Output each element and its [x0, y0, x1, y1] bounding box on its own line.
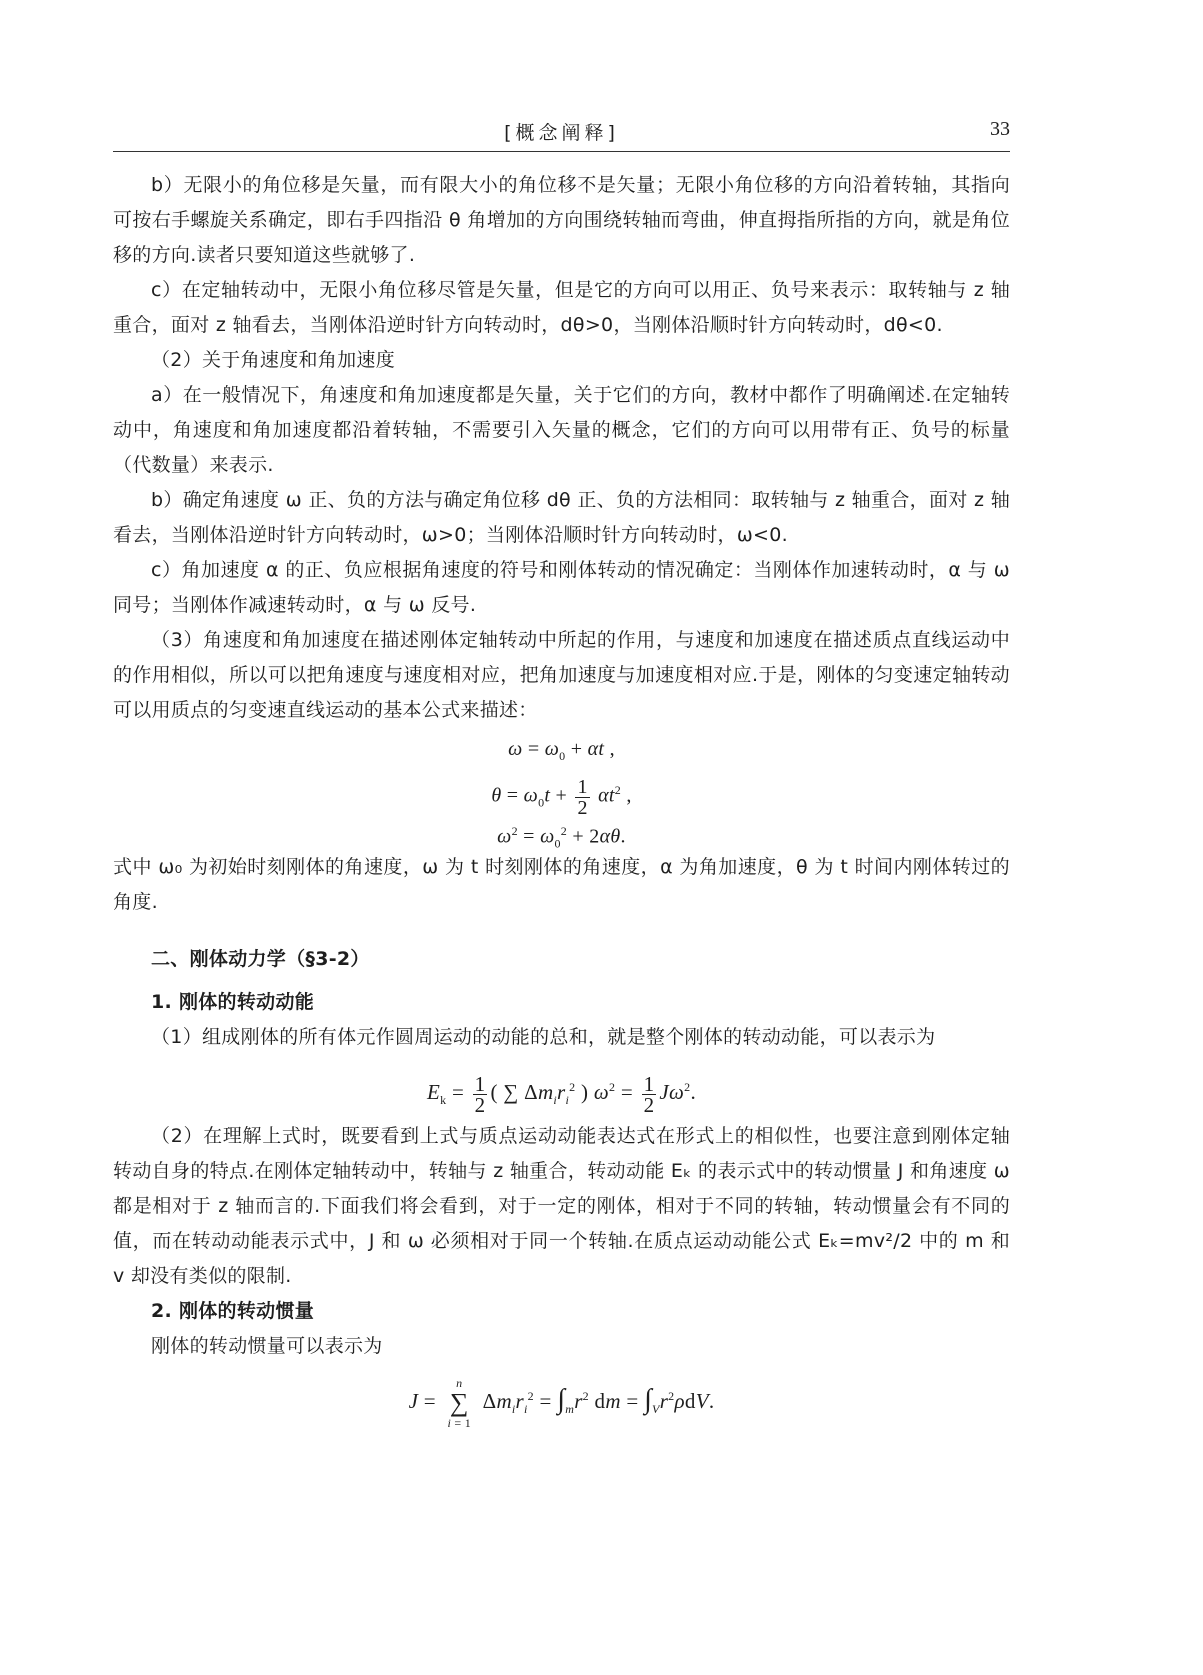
paragraph-omega-sign: b）确定角速度 ω 正、负的方法与确定角位移 dθ 正、负的方法相同：取转轴与 … [113, 483, 1010, 553]
paragraph-kinetic-energy-definition: （1）组成刚体的所有体元作圆周运动的动能的总和，就是整个刚体的转动动能，可以表示… [113, 1020, 1010, 1055]
paragraph-symbol-definitions: 式中 ω₀ 为初始时刻刚体的角速度，ω 为 t 时刻刚体的角速度，α 为角加速度… [113, 850, 1010, 920]
body-text: b）无限小的角位移是矢量，而有限大小的角位移不是矢量；无限小角位移的方向沿着转轴… [113, 168, 1010, 1428]
fraction-one-half: 12 [575, 777, 589, 818]
fraction-one-half: 12 [473, 1074, 488, 1115]
equation-theta: θ = ω0t + 12 αt2 , [113, 766, 1010, 814]
header-rule [113, 151, 1010, 152]
paragraph-angular-velocity-heading: （2）关于角速度和角加速度 [113, 343, 1010, 378]
page-number: 33 [990, 118, 1010, 141]
subheading-rotational-kinetic-energy: 1. 刚体的转动动能 [113, 985, 1010, 1020]
paragraph-kinetic-energy-discussion: （2）在理解上式时，既要看到上式与质点运动动能表达式在形式上的相似性，也要注意到… [113, 1119, 1010, 1294]
equation-omega-squared: ω2 = ω02 + 2αθ. [113, 814, 1010, 848]
running-header: [概念阐释] 33 [113, 118, 1010, 148]
section-heading-rigid-body-dynamics: 二、刚体动力学（§3-2） [113, 942, 1010, 977]
equation-omega: ω = ω0 + αt , [113, 732, 1010, 766]
kinematics-equations: ω = ω0 + αt , θ = ω0t + 12 αt2 , ω2 = ω0… [113, 732, 1010, 848]
subheading-moment-of-inertia: 2. 刚体的转动惯量 [113, 1294, 1010, 1329]
equation-kinetic-energy: Ek = 12( ∑ Δmiri2 ) ω2 = 12Jω2. [113, 1055, 1010, 1119]
summation-symbol: n∑i = 1 [447, 1376, 471, 1430]
paragraph-angular-displacement-vector: b）无限小的角位移是矢量，而有限大小的角位移不是矢量；无限小角位移的方向沿着转轴… [113, 168, 1010, 273]
paragraph-angular-displacement-sign: c）在定轴转动中，无限小角位移尽管是矢量，但是它的方向可以用正、负号来表示：取转… [113, 273, 1010, 343]
paragraph-analogy: （3）角速度和角加速度在描述刚体定轴转动中所起的作用，与速度和加速度在描述质点直… [113, 623, 1010, 728]
equation-moment-of-inertia: J = n∑i = 1 Δmiri2 = ∫mr2 dm = ∫Vr2ρdV. [113, 1364, 1010, 1428]
paragraph-alpha-sign: c）角加速度 α 的正、负应根据角速度的符号和刚体转动的情况确定：当刚体作加速转… [113, 553, 1010, 623]
integral-symbol: ∫ [644, 1384, 652, 1415]
paragraph-angular-vectors-general: a）在一般情况下，角速度和角加速度都是矢量，关于它们的方向，教材中都作了明确阐述… [113, 378, 1010, 483]
fraction-one-half: 12 [642, 1074, 657, 1115]
paragraph-moment-of-inertia-intro: 刚体的转动惯量可以表示为 [113, 1329, 1010, 1364]
running-title: [概念阐释] [113, 118, 1010, 145]
